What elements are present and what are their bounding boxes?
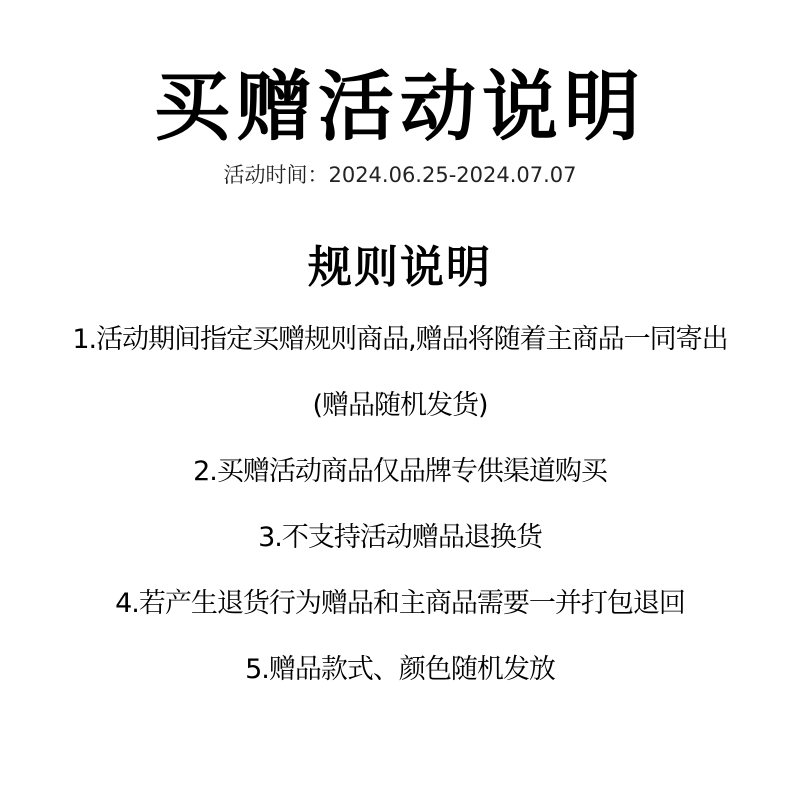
rule-item-1-note: (赠品随机发货)	[0, 386, 800, 426]
activity-period-label: 活动时间：	[223, 163, 328, 187]
rule-item-2: 2.买赠活动商品仅品牌专供渠道购买	[0, 452, 800, 492]
rule-item-3: 3.不支持活动赠品退换货	[0, 518, 800, 558]
rule-item-1: 1.活动期间指定买赠规则商品,赠品将随着主商品一同寄出	[0, 320, 800, 360]
activity-period: 活动时间：2024.06.25-2024.07.07	[0, 160, 800, 190]
rule-item-4: 4.若产生退货行为赠品和主商品需要一并打包退回	[0, 584, 800, 624]
page-title: 买赠活动说明	[0, 62, 800, 152]
rule-item-5: 5.赠品款式、颜色随机发放	[0, 650, 800, 690]
activity-period-dates: 2024.06.25-2024.07.07	[328, 163, 576, 187]
rules-heading: 规则说明	[0, 240, 800, 296]
